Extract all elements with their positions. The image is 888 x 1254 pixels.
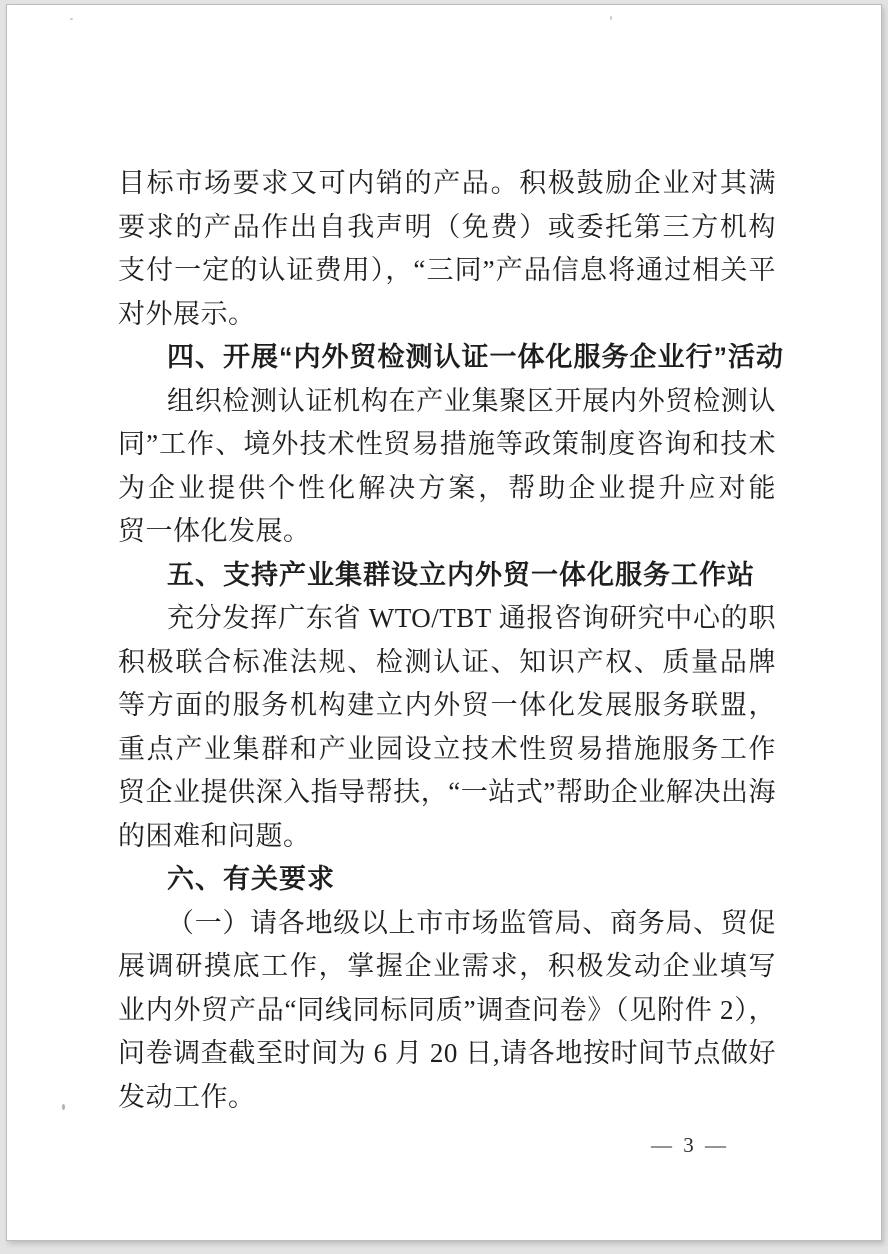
- body-text-line: 对外展示。: [118, 293, 776, 337]
- document-viewer: 目标市场要求又可内销的产品。积极鼓励企业对其满足“三同” 要求的产品作出自我声明…: [0, 0, 888, 1254]
- body-text-line: 问卷调查截至时间为 6 月 20 日,请各地按时间节点做好问卷填写: [118, 1032, 776, 1076]
- body-text-line: 充分发挥广东省 WTO/TBT 通报咨询研究中心的职能作用，: [118, 597, 776, 641]
- section-heading: 四、开展“内外贸检测认证一体化服务企业行”活动: [118, 336, 776, 380]
- body-text-line: 目标市场要求又可内销的产品。积极鼓励企业对其满足“三同”: [118, 162, 776, 206]
- section-heading: 五、支持产业集群设立内外贸一体化服务工作站: [118, 554, 776, 598]
- body-text-line: 发动工作。: [118, 1076, 776, 1120]
- body-text-line: 重点产业集群和产业园设立技术性贸易措施服务工作站，为内外: [118, 728, 776, 772]
- body-text-line: 展调研摸底工作，掌握企业需求，积极发动企业填写《广东省企: [118, 945, 776, 989]
- body-text-line: 贸一体化发展。: [118, 510, 776, 554]
- section-heading: 六、有关要求: [118, 858, 776, 902]
- scan-artifact: [70, 18, 73, 20]
- body-text-line: 为企业提供个性化解决方案，帮助企业提升应对能力，促进内外: [118, 467, 776, 511]
- body-text-line: 支付一定的认证费用），“三同”产品信息将通过相关平台免费: [118, 249, 776, 293]
- body-text-line: 要求的产品作出自我声明（免费）或委托第三方机构进行认证（需: [118, 206, 776, 250]
- scan-artifact: [610, 16, 612, 20]
- body-text-line: 组织检测认证机构在产业集聚区开展内外贸检测认证、“三: [118, 380, 776, 424]
- body-text-line: 同”工作、境外技术性贸易措施等政策制度咨询和技术指导，并: [118, 423, 776, 467]
- scan-artifact: [62, 1104, 65, 1110]
- body-text-line: 贸企业提供深入指导帮扶，“一站式”帮助企业解决出海中遇到: [118, 771, 776, 815]
- body-text-line: 积极联合标准法规、检测认证、知识产权、质量品牌和跨境贸易: [118, 641, 776, 685]
- body-text-line: 等方面的服务机构建立内外贸一体化发展服务联盟，支持各地的: [118, 684, 776, 728]
- body-text-line: 的困难和问题。: [118, 815, 776, 859]
- page-body-text: 目标市场要求又可内销的产品。积极鼓励企业对其满足“三同” 要求的产品作出自我声明…: [118, 162, 776, 1119]
- page-number: — 3 —: [630, 1133, 750, 1158]
- body-text-line: 业内外贸产品“同线同标同质”调查问卷》（见附件 2），该项: [118, 989, 776, 1033]
- body-text-line: （一）请各地级以上市市场监管局、商务局、贸促会组织开: [118, 902, 776, 946]
